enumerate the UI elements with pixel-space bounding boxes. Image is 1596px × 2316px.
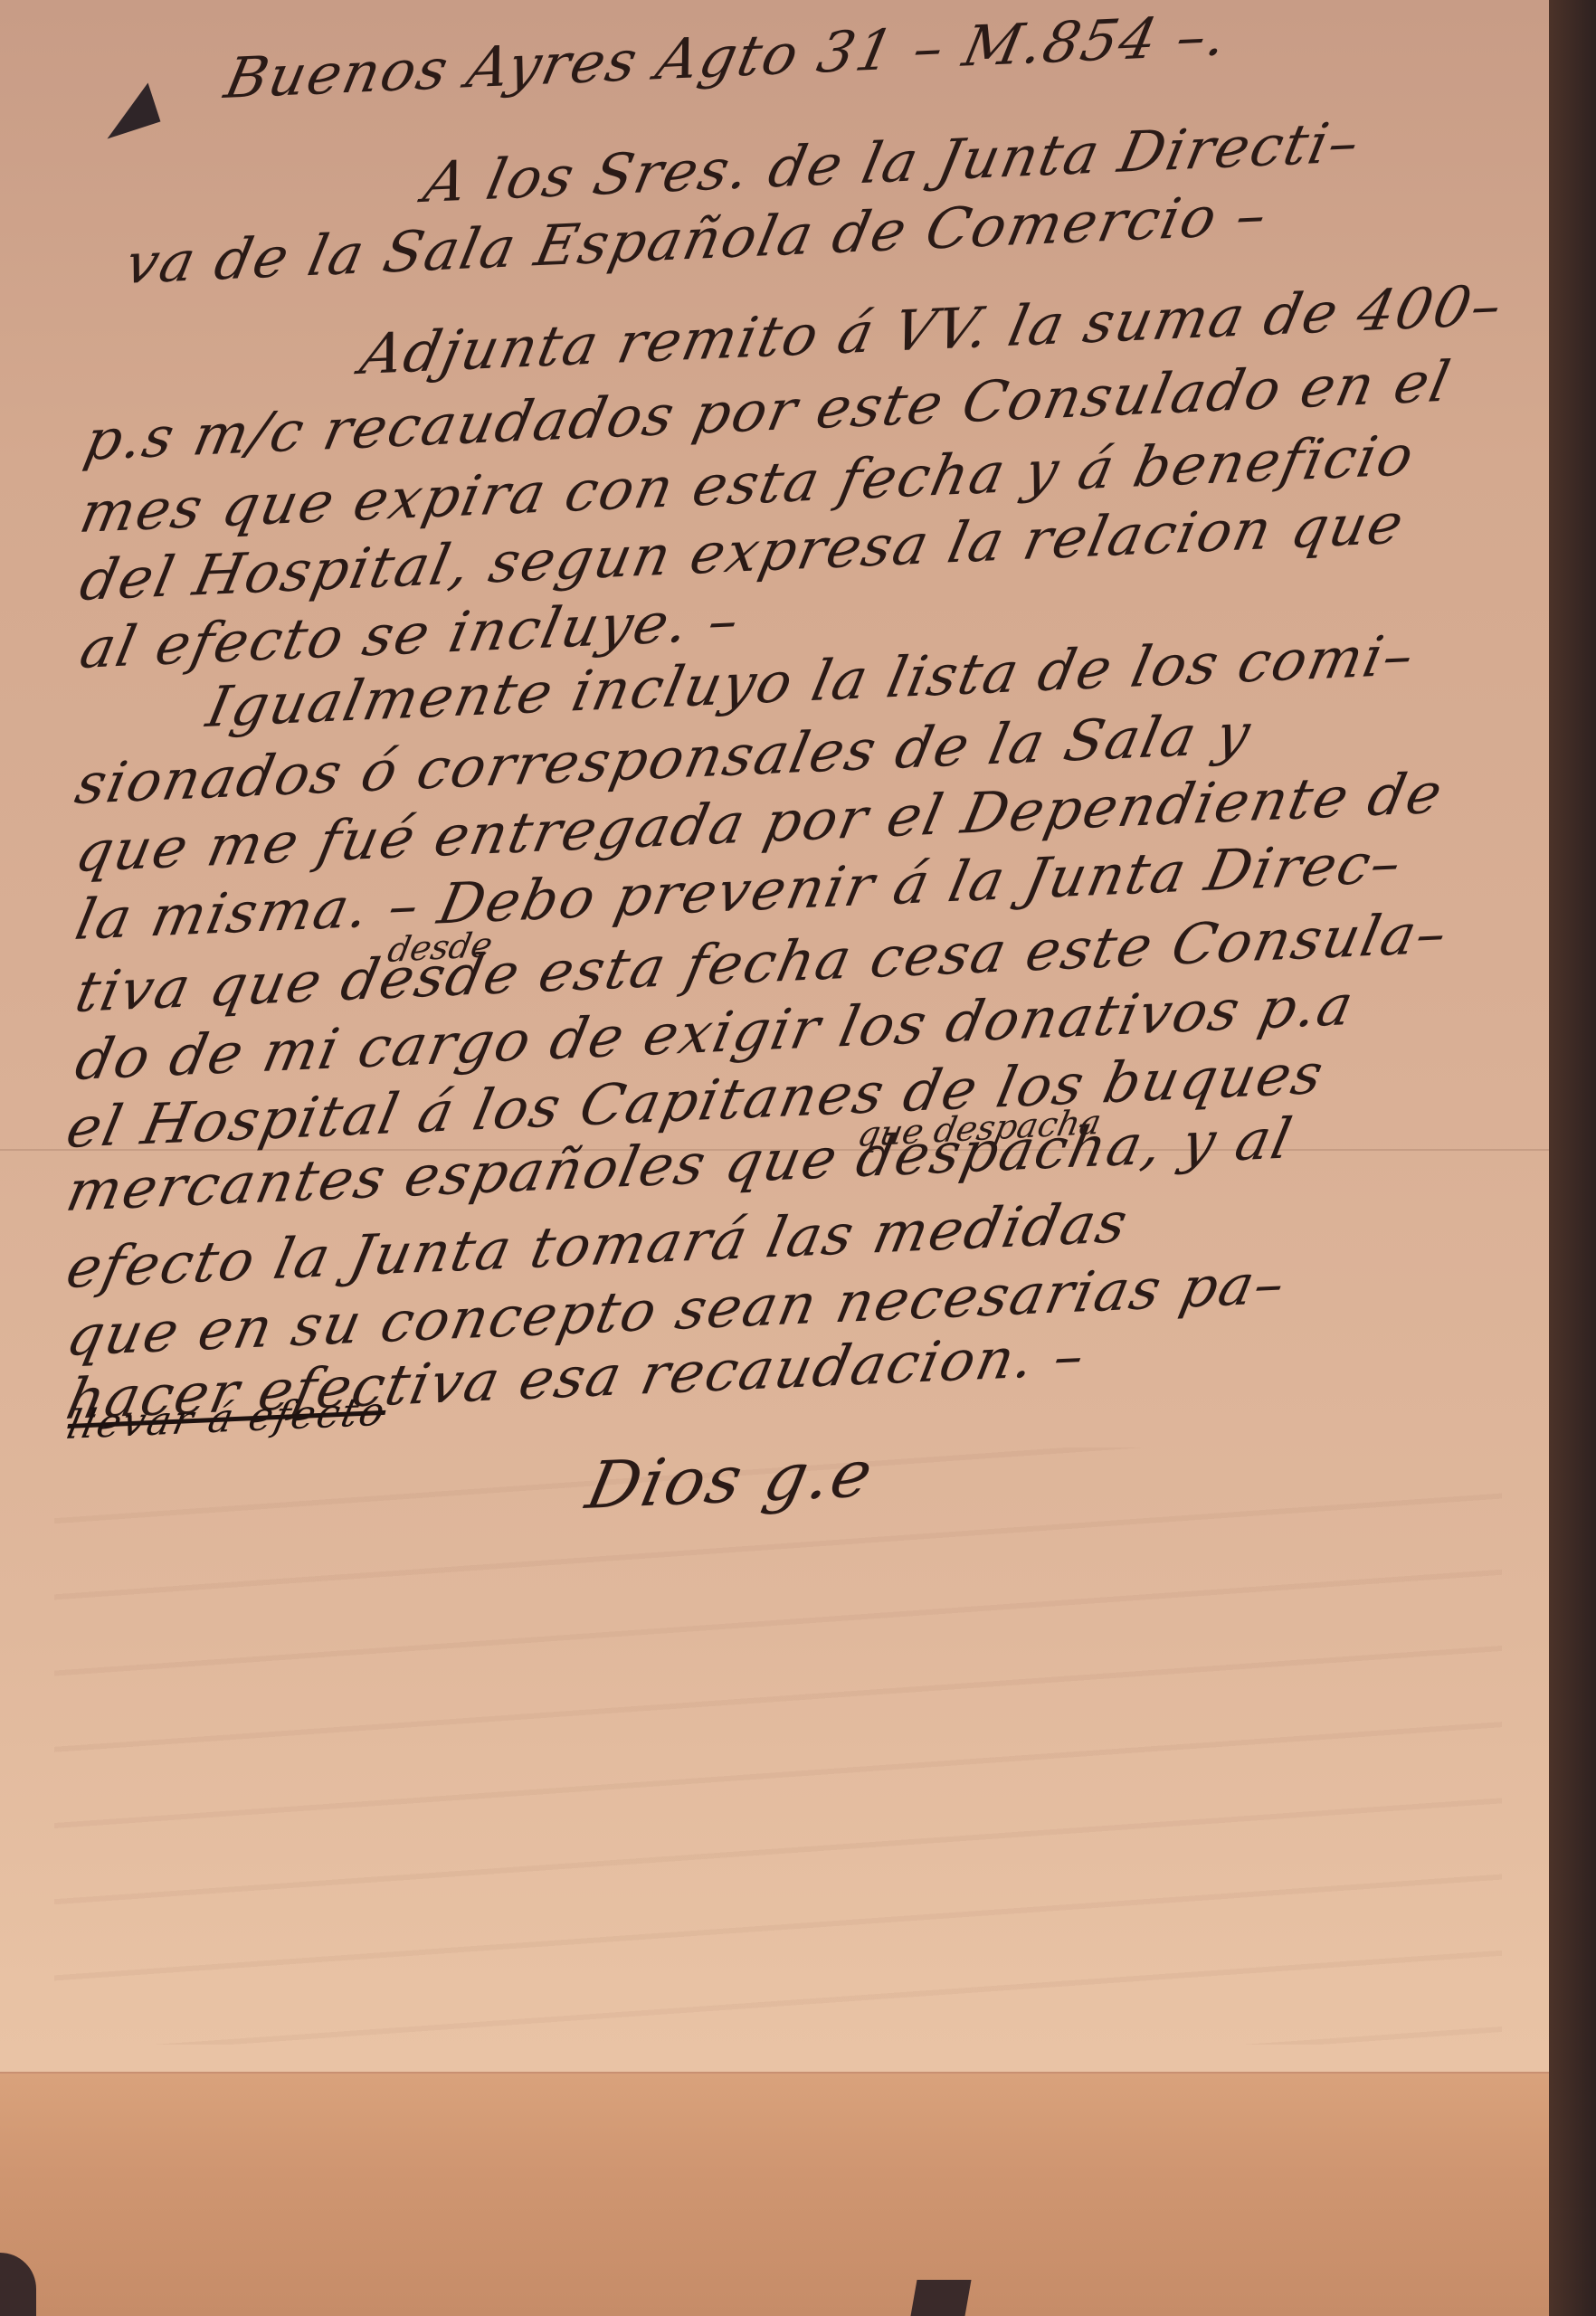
letter-paper: Buenos Ayres Agto 31 – M.854 –. A los Sr…: [0, 0, 1552, 2316]
place-date-line: Buenos Ayres Agto 31 – M.854 –.: [220, 2, 1235, 111]
closing-dios-guarde: Dios g.e: [580, 1435, 880, 1523]
bleed-through-lines: [54, 1447, 1502, 2045]
torn-edge: [910, 2280, 971, 2316]
discolored-bottom-band: [0, 2072, 1549, 2316]
table-background: [1549, 0, 1596, 2316]
paper-hole: [95, 83, 161, 139]
